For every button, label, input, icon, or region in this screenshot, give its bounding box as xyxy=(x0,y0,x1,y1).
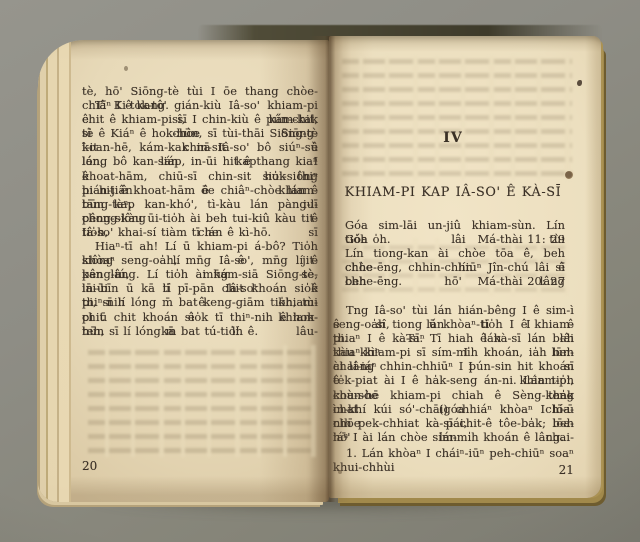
text-line: chong-kàu ūi-tio̍h ài beh tui-kiû kàu ti… xyxy=(82,211,318,225)
text-line: ài lâng chhin-chhiūⁿ I pún-sin hit khoán… xyxy=(333,359,574,373)
page-fore-edge xyxy=(38,40,82,502)
text-line: ìn-khí kúi só'-chāi) chhiáⁿ khòaⁿ I lōa-… xyxy=(333,402,574,416)
book-scan-photo: tè, hō' Siōng-tè tùi I ōe thang chòe-chi… xyxy=(0,0,640,542)
text-line: kan lâng. Lí tio̍h ài kám-siā Siōng-tè, … xyxy=(82,267,318,281)
text-line: siông seng-oa̍h, mn̄g Iâ-so', mn̄g lí ê … xyxy=(82,253,318,267)
text-line: te̍k-piat ài I ê ha̍k-seng án-ni. Lán ti… xyxy=(333,373,574,387)
text-line: būn kap kan-khó', tì-kàu lán pàng-lī pên… xyxy=(82,197,318,211)
text-line: tè ê Kiáⁿ ê hok-hūn, sī tùi-thāi Siōng-t… xyxy=(82,126,318,140)
text-line: pi, sī lí lóng m̄ bat keng-giām tio̍h, t… xyxy=(82,295,318,309)
text-line: lóng bô kan-siáp, in-ūi hit ê thang kiaⁿ… xyxy=(82,154,318,168)
text-line: Hiaⁿ-tī ah! Lí ū khiam-pi á-bô? Tio̍h kh… xyxy=(82,239,318,253)
right-page-paragraph: Tng Iâ-so' tùi lán hián-bêng I ê sim-ì ê… xyxy=(333,303,574,444)
quote-line: Lín tiong-kan ài chòe tōa ê, beh chòe lí… xyxy=(345,246,565,260)
text-line: Tī Ki-tok-tô' gián-kiù Iâ-so' khiam-pi ê… xyxy=(82,98,318,112)
text-line: khoat-hām, chiū-sī chin-sit sio̍k thiⁿ h… xyxy=(82,169,318,183)
text-line: kàu khiam-pi sī sím-mi̍h khoán, ia̍h beh… xyxy=(333,345,574,359)
scripture-quote-block: Góa sim-lāi un-jiû khiam-sùn. Lín tio̍h … xyxy=(345,218,565,288)
quote-line: Góa sim-lāi un-jiû khiam-sùn. Lín tio̍h … xyxy=(345,218,565,232)
quote-line-end: Góa o̍h. xyxy=(345,232,391,246)
page-number-right: 21 xyxy=(333,463,576,477)
text-line: thiaⁿ I ê kà-sī. Tī hiah ê kà-sī lán beh… xyxy=(333,331,574,345)
page-number-left: 20 xyxy=(82,459,97,473)
text-line: iáⁿ I ài lán chòe sím-mi̍h khoán ê lâng. xyxy=(333,430,574,444)
left-page-text-block: tè, hō' Siōng-tè tùi I ōe thang chòe-chi… xyxy=(82,84,318,338)
text-line: Tng Iâ-so' tùi lán hián-bêng I ê sim-ì ê… xyxy=(333,303,574,317)
text-line: koan-hē, kám-kak nā Iâ-so' bô siúⁿ-sù lá… xyxy=(82,140,318,154)
text-line: seng-oa̍h tiong ū khòaⁿ-tio̍h I ê khiam-… xyxy=(333,317,574,331)
quote-line: chhe-ēng, chhin-chhiūⁿ Jîn-chú lâi sī be… xyxy=(345,260,565,274)
text-line: nih pek-chhiat kà-sī chit-ê tôe-ba̍k; be… xyxy=(333,416,574,430)
scripture-reference: Má-thài 11: 29 xyxy=(478,232,565,246)
text-line: koan-hē khiam-pi chiah ê Sèng-keng chat … xyxy=(333,388,574,402)
text-line: chit ê khiam-pi sī I chin-kiù ê pún-chit… xyxy=(82,112,318,126)
scripture-reference: Má-thài 20: 27 xyxy=(478,274,565,288)
quote-line-end: chhe-ēng. xyxy=(345,274,402,288)
text-line: tè, hō' Siōng-tè tùi I ōe thang chòe-chi… xyxy=(82,84,318,98)
text-line: pi hit ê khoat-hām ōe chiâⁿ-chòe lán ê t… xyxy=(82,183,318,197)
text-line: pi ū chit khoán sio̍k tī thiⁿ-nih ê hok-… xyxy=(82,310,318,324)
chapter-title: KHIAM-PI KAP IÂ-SO' Ê KÀ-SĪ xyxy=(333,185,573,200)
text-line: lāi-bīn ū kā lí pī-pān chit khoán sio̍k … xyxy=(82,281,318,295)
chapter-number: IV xyxy=(333,130,573,146)
numbered-item-line: 1. Lán khòaⁿ I cháiⁿ-iūⁿ peh-chiūⁿ soaⁿ … xyxy=(333,446,574,460)
